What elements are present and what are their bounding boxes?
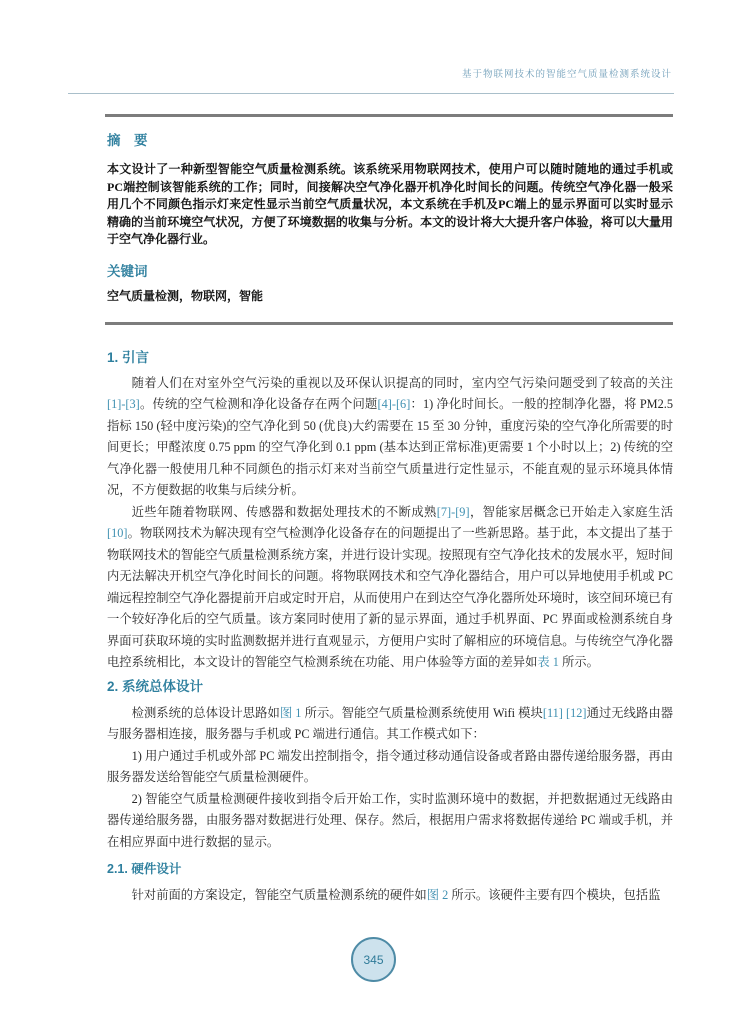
text-run: 随着人们在对室外空气污染的重视以及环保认识提高的同时，室内空气污染问题受到了较高… <box>132 376 673 390</box>
text-run: 针对前面的方案设定，智能空气质量检测系统的硬件如 <box>132 888 427 902</box>
running-title: 基于物联网技术的智能空气质量检测系统设计 <box>462 66 672 80</box>
text-run: 2) 智能空气质量检测硬件接收到指令后开始工作，实时监测环境中的数据，并把数据通… <box>107 792 673 849</box>
keywords-heading: 关键词 <box>107 263 673 281</box>
abstract-text: 本文设计了一种新型智能空气质量检测系统。该系统采用物联网技术，使用户可以随时随地… <box>107 161 673 249</box>
keywords-rule <box>105 322 673 325</box>
intro-paragraph-2: 近些年随着物联网、传感器和数据处理技术的不断成熟[7]-[9]，智能家居概念已开… <box>107 502 673 674</box>
header-rule <box>68 93 674 94</box>
text-run: ：1) 净化时间长。一般的控制净化器，将 PM2.5 指标 150 (轻中度污染… <box>107 397 673 497</box>
text-run: 近些年随着物联网、传感器和数据处理技术的不断成熟 <box>132 505 437 519</box>
citation-link[interactable]: [1]-[3] <box>107 397 140 411</box>
citation-link[interactable]: [4]-[6] <box>378 397 411 411</box>
design-paragraph-1: 检测系统的总体设计思路如图 1 所示。智能空气质量检测系统使用 Wifi 模块[… <box>107 703 673 746</box>
citation-link[interactable]: 图 1 <box>280 706 302 720</box>
section-2-heading: 2. 系统总体设计 <box>107 678 673 696</box>
page-number: 345 <box>363 953 383 967</box>
text-run: 所示。智能空气质量检测系统使用 Wifi 模块 <box>301 706 542 720</box>
page-content: 摘 要 本文设计了一种新型智能空气质量检测系统。该系统采用物联网技术，使用户可以… <box>107 114 673 907</box>
text-run: ，智能家居概念已开始走入家庭生活 <box>470 505 673 519</box>
keywords-text: 空气质量检测，物联网，智能 <box>107 288 673 305</box>
section-1-heading: 1. 引言 <box>107 349 673 367</box>
section-2-1-heading: 2.1. 硬件设计 <box>107 861 673 878</box>
citation-link[interactable]: 图 2 <box>427 888 449 902</box>
paper-page: 基于物联网技术的智能空气质量检测系统设计 摘 要 本文设计了一种新型智能空气质量… <box>0 0 744 1009</box>
intro-paragraph-1: 随着人们在对室外空气污染的重视以及环保认识提高的同时，室内空气污染问题受到了较高… <box>107 373 673 502</box>
citation-link[interactable]: 表 1 <box>537 655 559 669</box>
text-run: 。物联网技术为解决现有空气检测净化设备存在的问题提出了一些新思路。基于此，本文提… <box>107 526 673 669</box>
text-run: 所示。 <box>559 655 599 669</box>
text-run: 检测系统的总体设计思路如 <box>132 706 280 720</box>
citation-link[interactable]: [7]-[9] <box>437 505 470 519</box>
design-list-item-2: 2) 智能空气质量检测硬件接收到指令后开始工作，实时监测环境中的数据，并把数据通… <box>107 789 673 854</box>
abstract-top-rule <box>105 114 673 117</box>
page-number-badge: 345 <box>351 937 396 982</box>
design-list-item-1: 1) 用户通过手机或外部 PC 端发出控制指令，指令通过移动通信设备或者路由器传… <box>107 746 673 789</box>
text-run: 。传统的空气检测和净化设备存在两个问题 <box>140 397 378 411</box>
citation-link[interactable]: [10] <box>107 526 128 540</box>
text-run: 所示。该硬件主要有四个模块，包括监 <box>448 888 660 902</box>
abstract-heading: 摘 要 <box>107 132 673 150</box>
hardware-paragraph-1: 针对前面的方案设定，智能空气质量检测系统的硬件如图 2 所示。该硬件主要有四个模… <box>107 885 673 907</box>
text-run: 1) 用户通过手机或外部 PC 端发出控制指令，指令通过移动通信设备或者路由器传… <box>107 749 673 785</box>
citation-link[interactable]: [11] [12] <box>543 706 587 720</box>
